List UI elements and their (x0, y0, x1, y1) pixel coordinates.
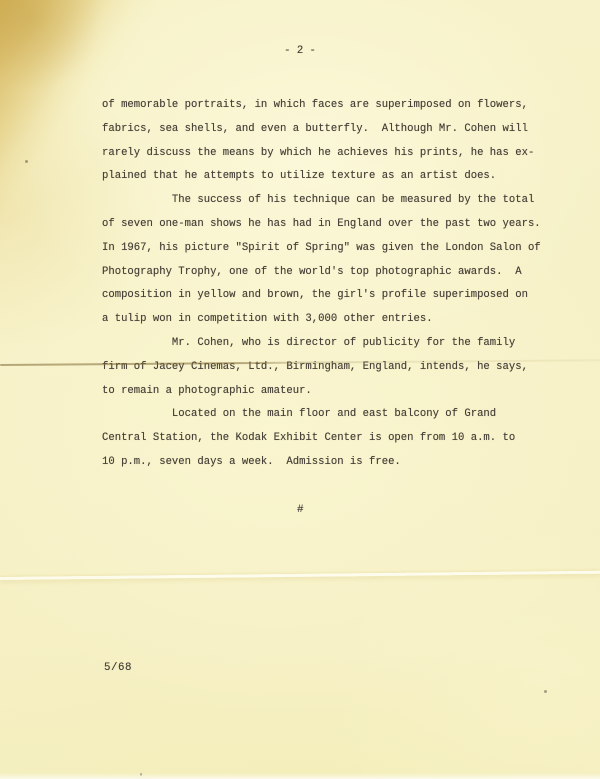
body-line: The success of his technique can be meas… (102, 189, 572, 213)
body-line-struck: firm of Jacey Cinemas, Ltd., Birmingham,… (102, 356, 572, 380)
body-line: 10 p.m., seven days a week. Admission is… (102, 451, 572, 475)
body-line: Located on the main floor and east balco… (102, 403, 572, 427)
paper-bottom-edge (0, 773, 600, 779)
body-line: Mr. Cohen, who is director of publicity … (102, 332, 572, 356)
body-line: fabrics, sea shells, and even a butterfl… (102, 118, 572, 142)
document-body: of memorable portraits, in which faces a… (102, 94, 572, 475)
body-line: to remain a photographic amateur. (102, 380, 572, 404)
paper-speck (140, 773, 142, 776)
end-of-release-mark: # (297, 504, 304, 516)
paper-speck (544, 690, 547, 693)
page-number: - 2 - (284, 45, 316, 57)
body-line: plained that he attempts to utilize text… (102, 165, 572, 189)
body-line: of seven one-man shows he has had in Eng… (102, 213, 572, 237)
typewritten-page: - 2 - of memorable portraits, in which f… (0, 0, 600, 779)
body-line: of memorable portraits, in which faces a… (102, 94, 572, 118)
body-line: In 1967, his picture "Spirit of Spring" … (102, 237, 572, 261)
body-line: composition in yellow and brown, the gir… (102, 284, 572, 308)
body-line: Photography Trophy, one of the world's t… (102, 261, 572, 285)
body-line: Central Station, the Kodak Exhibit Cente… (102, 427, 572, 451)
date-code: 5/68 (104, 662, 132, 674)
paper-speck (25, 160, 28, 163)
body-line: a tulip won in competition with 3,000 ot… (102, 308, 572, 332)
body-line: rarely discuss the means by which he ach… (102, 142, 572, 166)
fold-crease-lower (0, 571, 600, 580)
